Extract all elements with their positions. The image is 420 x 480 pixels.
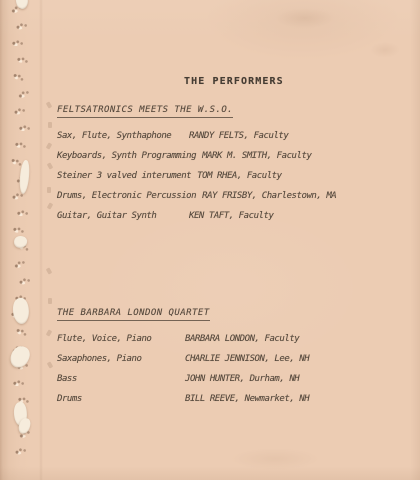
performer-row: BassJOHN HUNTER, Durham, NH	[57, 369, 402, 389]
performer-name: RANDY FELTS, Faculty	[189, 126, 288, 146]
instrument-role: Flute, Voice, Piano	[57, 329, 179, 349]
torn-binding-mark	[14, 22, 28, 31]
performer-list: Flute, Voice, PianoBARBARA LONDON, Facul…	[57, 329, 402, 409]
performer-row: Guitar, Guitar SynthKEN TAFT, Faculty	[57, 206, 402, 226]
binding-marks	[0, 0, 44, 480]
torn-binding-mark	[16, 210, 29, 216]
section-heading: THE BARBARA LONDON QUARTET	[57, 308, 210, 321]
performer-name: CHARLIE JENNISON, Lee, NH	[185, 349, 309, 369]
performer-row: Flute, Voice, PianoBARBARA LONDON, Facul…	[57, 329, 402, 349]
torn-binding-mark	[11, 71, 25, 82]
torn-binding-mark	[13, 447, 27, 456]
instrument-role: Guitar, Guitar Synth	[57, 206, 183, 226]
performer-list: Sax, Flute, SynthaphoneRANDY FELTS, Facu…	[57, 126, 402, 226]
performer-name: TOM RHEA, Faculty	[197, 166, 281, 186]
performer-name: BARBARA LONDON, Faculty	[185, 329, 299, 349]
performer-name: KEN TAFT, Faculty	[189, 206, 273, 226]
torn-binding-mark	[18, 125, 31, 131]
instrument-role: Steiner 3 valved interument	[57, 166, 191, 186]
performer-row: Drums, Electronic PercussionRAY FRISBY, …	[57, 186, 402, 206]
ink-show-through-mark	[47, 187, 51, 193]
torn-binding-mark	[16, 88, 30, 99]
performer-row: Keyboards, Synth ProgrammingMARK M. SMIT…	[57, 146, 402, 166]
torn-binding-mark	[14, 326, 28, 337]
performer-name: JOHN HUNTER, Durham, NH	[185, 369, 299, 389]
performer-name: BILL REEVE, Newmarket, NH	[185, 389, 309, 409]
performer-row: Steiner 3 valved interumentTOM RHEA, Fac…	[57, 166, 402, 186]
instrument-role: Drums, Electronic Percussion	[57, 186, 196, 206]
instrument-role: Bass	[57, 369, 179, 389]
torn-binding-mark	[12, 380, 25, 386]
torn-binding-mark	[12, 258, 26, 269]
torn-binding-mark	[11, 40, 24, 46]
instrument-role: Drums	[57, 389, 179, 409]
ink-show-through-mark	[48, 122, 52, 128]
section-barbara-london-quartet: THE BARBARA LONDON QUARTET Flute, Voice,…	[57, 300, 402, 409]
page-title: THE PERFORMERS	[184, 76, 284, 87]
performer-name: RAY FRISBY, Charlestown, MA	[202, 186, 336, 206]
torn-binding-mark	[15, 56, 29, 65]
torn-binding-mark	[12, 107, 26, 116]
section-heading: FELTSATRONICS MEETS THE W.S.O.	[57, 105, 233, 118]
torn-binding-mark	[17, 277, 31, 286]
instrument-role: Sax, Flute, Synthaphone	[57, 126, 183, 146]
torn-binding-hole	[11, 297, 30, 325]
torn-binding-mark	[11, 226, 25, 235]
performer-row: Sax, Flute, SynthaphoneRANDY FELTS, Facu…	[57, 126, 402, 146]
instrument-role: Keyboards, Synth Programming	[57, 146, 196, 166]
performer-name: MARK M. SMITH, Faculty	[202, 146, 311, 166]
performer-row: DrumsBILL REEVE, Newmarket, NH	[57, 389, 402, 409]
performer-row: Saxaphones, PianoCHARLIE JENNISON, Lee, …	[57, 349, 402, 369]
ink-show-through-mark	[48, 298, 52, 304]
section-feltsatronics: FELTSATRONICS MEETS THE W.S.O. Sax, Flut…	[57, 97, 402, 226]
instrument-role: Saxaphones, Piano	[57, 349, 179, 369]
torn-binding-mark	[13, 141, 27, 150]
